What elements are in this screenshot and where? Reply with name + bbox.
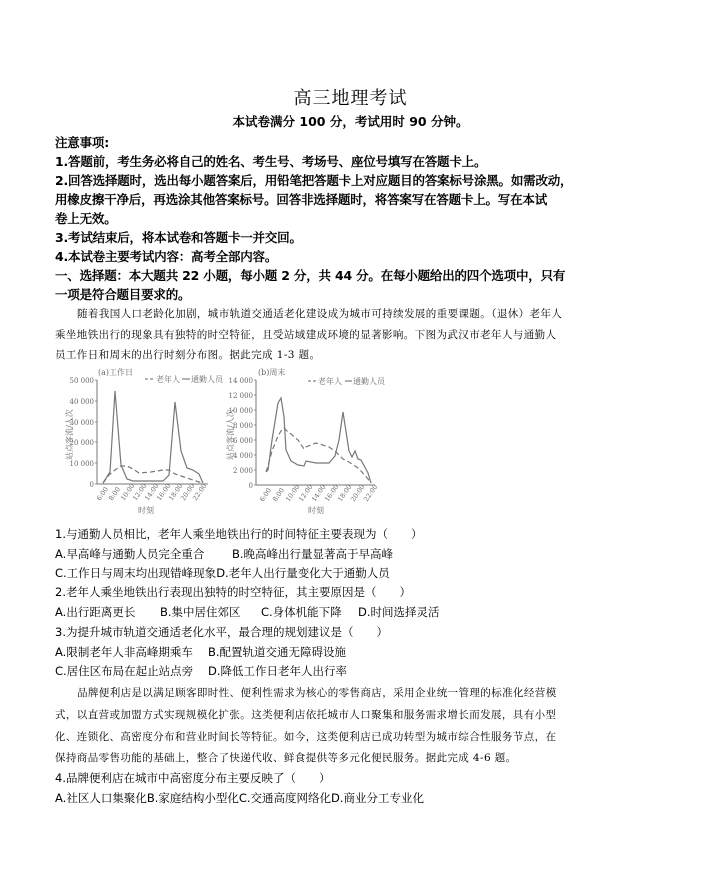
svg-text:10 000: 10 000 [70, 460, 95, 468]
passage-line: 化、连锁化、高密度分布和营业时间长等特征。如今，这类便利店已成功转型为城市综合性… [55, 729, 556, 744]
exam-subtitle: 本试卷满分 100 分，考试用时 90 分钟。 [0, 112, 701, 130]
svg-text:6:00: 6:00 [95, 486, 110, 503]
chart-weekend: (b)周末 老年人 通勤人员 0 2 000 4 000 6 000 8 000… [225, 365, 395, 520]
svg-text:6:00: 6:00 [258, 487, 273, 504]
svg-text:0: 0 [90, 481, 94, 489]
svg-text:8:00: 8:00 [271, 487, 286, 504]
exam-page: 高三地理考试 本试卷满分 100 分，考试用时 90 分钟。 注意事项: 1.答… [0, 0, 701, 877]
chart-title: (a)工作日 [98, 367, 133, 377]
question-1-options-row: A.早高峰与通勤人员完全重合B.晚高峰出行量显著高于早高峰 [55, 546, 393, 562]
x-axis-label: 时刻 [308, 505, 324, 515]
section-heading-cont: 一项是符合题目要求的。 [55, 285, 190, 303]
svg-text:4 000: 4 000 [233, 452, 253, 460]
question-4-options[interactable]: A.社区人口集聚化B.家庭结构小型化C.交通高度网络化D.商业分工专业化 [55, 790, 424, 806]
x-axis-label: 时刻 [138, 505, 154, 515]
svg-text:0: 0 [249, 482, 253, 490]
option-c[interactable]: C.居住区布局在起止站点旁 [55, 663, 208, 679]
x-axis-ticks: 6:00 8:00 10:00 12:00 14:00 16:00 18:00 … [258, 483, 379, 503]
y-axis-label: 站点客流/人次 [64, 409, 74, 460]
svg-text:老年人: 老年人 [318, 376, 342, 386]
chart-weekend-svg: (b)周末 老年人 通勤人员 0 2 000 4 000 6 000 8 000… [225, 365, 395, 515]
svg-text:2 000: 2 000 [233, 467, 253, 475]
svg-text:老年人: 老年人 [156, 374, 180, 384]
passage-line: 员工作日和周末的出行时刻分布图。据此完成 1-3 题。 [55, 347, 320, 362]
chart-workday-svg: (a)工作日 老年人 通勤人员 0 10 000 20 000 30 000 4… [60, 365, 230, 515]
note-item: 卷上无效。 [55, 209, 117, 227]
svg-text:12 000: 12 000 [229, 392, 254, 400]
y-axis-label: 站点客流/人次 [225, 409, 235, 460]
option-d[interactable]: D.时间选择灵活 [358, 604, 440, 620]
chart-workday: (a)工作日 老年人 通勤人员 0 10 000 20 000 30 000 4… [60, 365, 230, 520]
legend: 老年人 通勤人员 [308, 376, 386, 386]
notes-heading: 注意事项: [55, 133, 109, 151]
option-b[interactable]: B.集中居住郊区 [160, 604, 261, 620]
svg-text:6 000: 6 000 [233, 437, 253, 445]
note-item: 1.答题前，考生务必将自己的姓名、考生号、考场号、座位号填写在答题卡上。 [55, 152, 486, 170]
option-d[interactable]: D.降低工作日老年人出行率 [208, 663, 347, 679]
question-4-stem: 4.品牌便利店在城市中高密度分布主要反映了（ ） [55, 770, 330, 786]
svg-text:8:00: 8:00 [107, 486, 122, 503]
passage-line: 乘坐地铁出行的现象具有独特的时空特征，且受站域建成环境的显著影响。下图为武汉市老… [55, 327, 556, 342]
option-b[interactable]: B.配置轨道交通无障碍设施 [208, 644, 346, 660]
note-item: 4.本试卷主要考试内容：高考全部内容。 [55, 247, 277, 265]
option-c[interactable]: C.身体机能下降 [261, 604, 358, 620]
section-heading: 一、选择题：本大题共 22 小题，每小题 2 分，共 44 分。在每小题给出的四… [55, 266, 565, 284]
note-item: 用橡皮擦干净后，再选涂其他答案标号。回答非选择题时，将答案写在答题卡上。写在本试 [55, 190, 547, 208]
svg-text:8 000: 8 000 [233, 422, 253, 430]
svg-text:50 000: 50 000 [70, 377, 95, 385]
question-3-stem: 3.为提升城市轨道交通适老化水平，最合理的规划建议是（ ） [55, 624, 388, 640]
legend: 老年人 通勤人员 [145, 374, 224, 384]
question-2-options-row: A.出行距离更长B.集中居住郊区C.身体机能下降D.时间选择灵活 [55, 604, 440, 620]
svg-text:通勤人员: 通勤人员 [353, 376, 386, 386]
option-a[interactable]: A.限制老年人非高峰期乘车 [55, 644, 208, 660]
option-c[interactable]: C.工作日与周末均出现错峰现象 [55, 565, 216, 581]
note-item: 3.考试结束后，将本试卷和答题卡一并交回。 [55, 228, 302, 246]
series-elderly [266, 428, 371, 483]
option-b[interactable]: B.晚高峰出行量显著高于早高峰 [232, 546, 393, 562]
note-item: 2.回答选择题时，选出每小题答案后，用铅笔把答题卡上对应题目的答案标号涂黑。如需… [55, 171, 572, 189]
svg-text:40 000: 40 000 [70, 398, 95, 406]
x-axis-ticks: 6:00 8:00 10:00 12:00 14:00 16:00 18:00 … [95, 482, 208, 502]
series-commuters [266, 398, 371, 483]
svg-text:通勤人员: 通勤人员 [191, 374, 224, 384]
series-commuters [103, 391, 203, 483]
question-1-options-row: C.工作日与周末均出现错峰现象D.老年人出行量变化大于通勤人员 [55, 565, 390, 581]
question-2-stem: 2.老年人乘坐地铁出行表现出独特的时空特征，其主要原因是（ ） [55, 584, 411, 600]
option-a[interactable]: A.早高峰与通勤人员完全重合 [55, 546, 232, 562]
exam-title: 高三地理考试 [0, 84, 701, 110]
passage-line: 随着我国人口老龄化加剧，城市轨道交通适老化建设成为城市可持续发展的重要课题。（退… [55, 306, 562, 321]
option-a[interactable]: A.出行距离更长 [55, 604, 160, 620]
option-d[interactable]: D.老年人出行量变化大于通勤人员 [216, 565, 390, 581]
question-1-stem: 1.与通勤人员相比，老年人乘坐地铁出行的时间特征主要表现为（ ） [55, 526, 422, 542]
svg-text:14 000: 14 000 [229, 377, 254, 385]
svg-text:22:00: 22:00 [362, 483, 379, 503]
question-3-options-row: A.限制老年人非高峰期乘车B.配置轨道交通无障碍设施 [55, 644, 346, 660]
question-3-options-row: C.居住区布局在起止站点旁D.降低工作日老年人出行率 [55, 663, 347, 679]
passage-line: 式，以直营或加盟方式实现规模化扩张。这类便利店依托城市人口聚集和服务需求增长而发… [55, 707, 556, 722]
passage-line: 保持商品零售功能的基础上，整合了快递代收、鲜食提供等多元化便民服务。据此完成 4… [55, 750, 517, 765]
chart-title: (b)周末 [258, 367, 285, 377]
passage-line: 品牌便利店是以满足顾客即时性、便利性需求为核心的零售商店，采用企业统一管理的标准… [55, 685, 557, 700]
